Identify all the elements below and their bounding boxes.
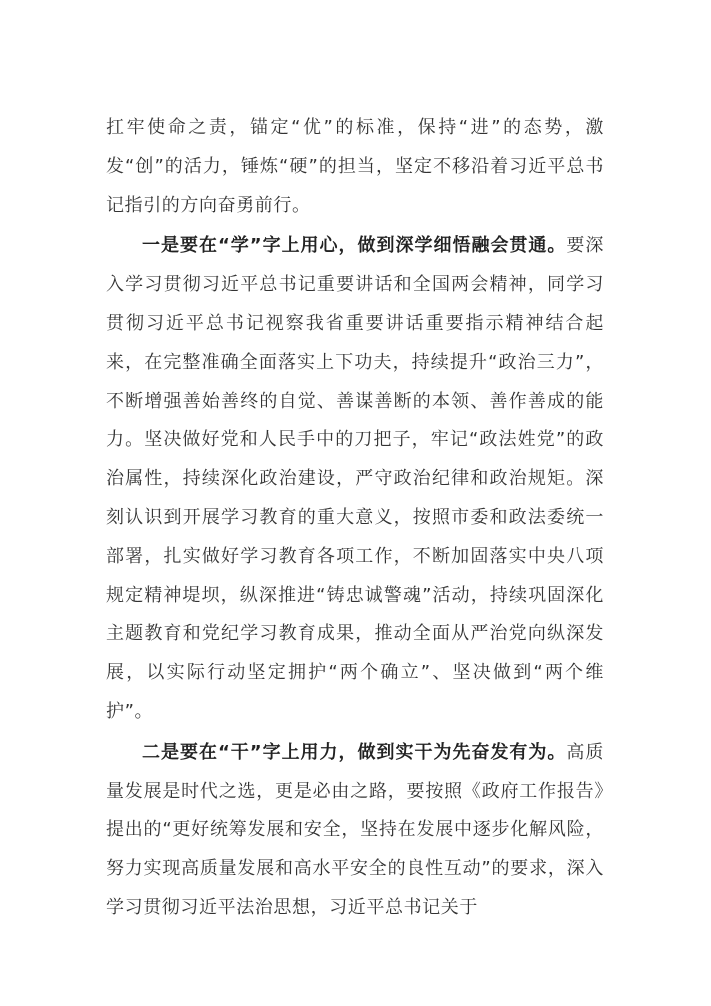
paragraph-text: 要深入学习贯彻习近平总书记重要讲话和全国两会精神，同学习贯彻习近平总书记视察我省… <box>106 235 604 722</box>
paragraph-text: 扛牢使命之责，锚定“优”的标准，保持“进”的态势，激发“创”的活力，锤炼“硬”的… <box>106 117 604 216</box>
document-page: 扛牢使命之责，锚定“优”的标准，保持“进”的态势，激发“创”的活力，锤炼“硬”的… <box>106 109 604 928</box>
paragraph-intro-continuation: 扛牢使命之责，锚定“优”的标准，保持“进”的态势，激发“创”的活力，锤炼“硬”的… <box>106 109 604 225</box>
paragraph-heading-study: 一是要在“学”字上用心，做到深学细悟融会贯通。 <box>142 235 566 256</box>
paragraph-text: 高质量发展是时代之选，更是必由之路，要按照《政府工作报告》提出的“更好统筹发展和… <box>106 742 604 918</box>
paragraph-study: 一是要在“学”字上用心，做到深学细悟融会贯通。要深入学习贯彻习近平总书记重要讲话… <box>106 227 604 731</box>
paragraph-heading-action: 二是要在“干”字上用力，做到实干为先奋发有为。 <box>142 742 566 763</box>
paragraph-action: 二是要在“干”字上用力，做到实干为先奋发有为。高质量发展是时代之选，更是必由之路… <box>106 734 604 928</box>
